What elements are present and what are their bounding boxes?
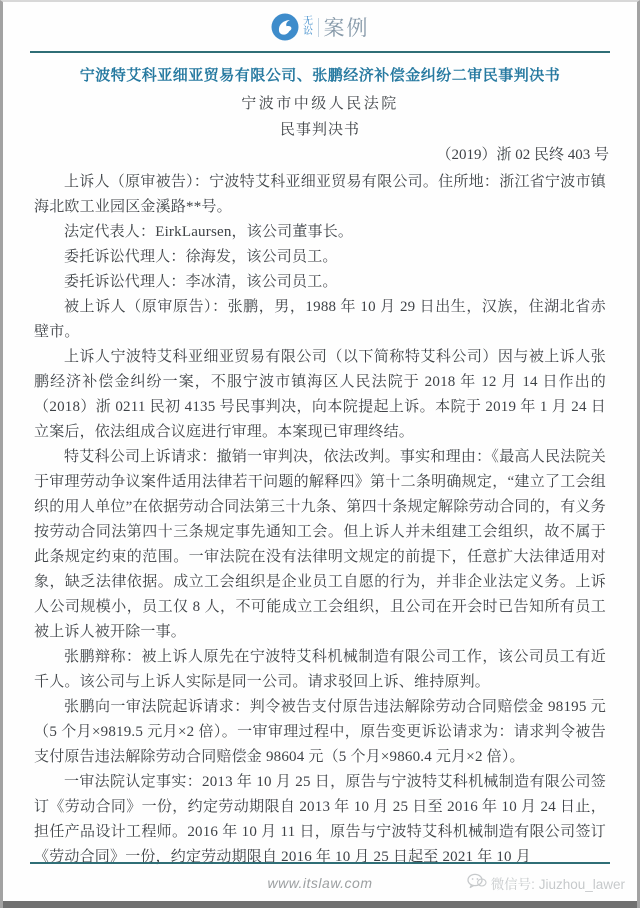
judgment-paragraph: 上诉人（原审被告）：宁波特艾科亚细亚贸易有限公司。住所地：浙江省宁波市镇海北欧工… [34, 170, 606, 220]
judgment-paragraph: 法定代表人：EirkLaursen，该公司董事长。 [34, 220, 606, 245]
judgment-paragraph: 张鹏辩称：被上诉人原先在宁波特艾科机械制造有限公司工作，该公司员工有近千人。该公… [34, 645, 606, 695]
judgment-paragraph: 特艾科公司上诉请求：撤销一审判决，依法改判。事实和理由：《最高人民法院关于审理劳… [34, 445, 606, 645]
wusong-logo: 无讼 案例 [271, 12, 370, 42]
judgment-paragraph: 被上诉人（原审原告）：张鹏，男，1988 年 10 月 29 日出生，汉族，住湖… [34, 295, 606, 345]
bottom-bar [3, 901, 637, 908]
wechat-badge: 微信号: Jiuzhou_lawer [467, 873, 625, 893]
case-number: （2019）浙 02 民终 403 号 [3, 145, 609, 166]
judgment-paragraph: 委托诉讼代理人：徐海发，该公司员工。 [34, 245, 606, 270]
logo-divider [318, 18, 319, 37]
bird-icon [271, 13, 299, 41]
page-header: 无讼 案例 [3, 2, 637, 42]
judgment-paragraph: 张鹏向一审法院起诉请求：判令被告支付原告违法解除劳动合同赔偿金 98195 元（… [34, 695, 606, 770]
brand-text-main: 案例 [324, 12, 370, 42]
header-rule [30, 51, 610, 53]
wechat-label: 微信号: Jiuzhou_lawer [491, 873, 625, 893]
brand-text-small: 无讼 [302, 17, 315, 37]
judgment-paragraph: 一审法院认定事实：2013 年 10 月 25 日，原告与宁波特艾科机械制造有限… [34, 770, 606, 870]
document-type: 民事判决书 [3, 120, 637, 141]
website-watermark: www.itslaw.com [267, 875, 372, 891]
judgment-page: 无讼 案例 宁波特艾科亚细亚贸易有限公司、张鹏经济补偿金纠纷二审民事判决书 宁波… [0, 0, 640, 908]
judgment-body: 上诉人（原审被告）：宁波特艾科亚细亚贸易有限公司。住所地：浙江省宁波市镇海北欧工… [34, 170, 606, 870]
judgment-paragraph: 上诉人宁波特艾科亚细亚贸易有限公司（以下简称特艾科公司）因与被上诉人张鹏经济补偿… [34, 345, 606, 445]
judgment-paragraph: 委托诉讼代理人：李冰清，该公司员工。 [34, 270, 606, 295]
court-name: 宁波市中级人民法院 [3, 94, 637, 115]
page-footer: www.itslaw.com 微信号: Jiuzhou_lawer [3, 862, 637, 901]
wechat-icon [467, 873, 487, 892]
judgment-title: 宁波特艾科亚细亚贸易有限公司、张鹏经济补偿金纠纷二审民事判决书 [3, 66, 637, 87]
